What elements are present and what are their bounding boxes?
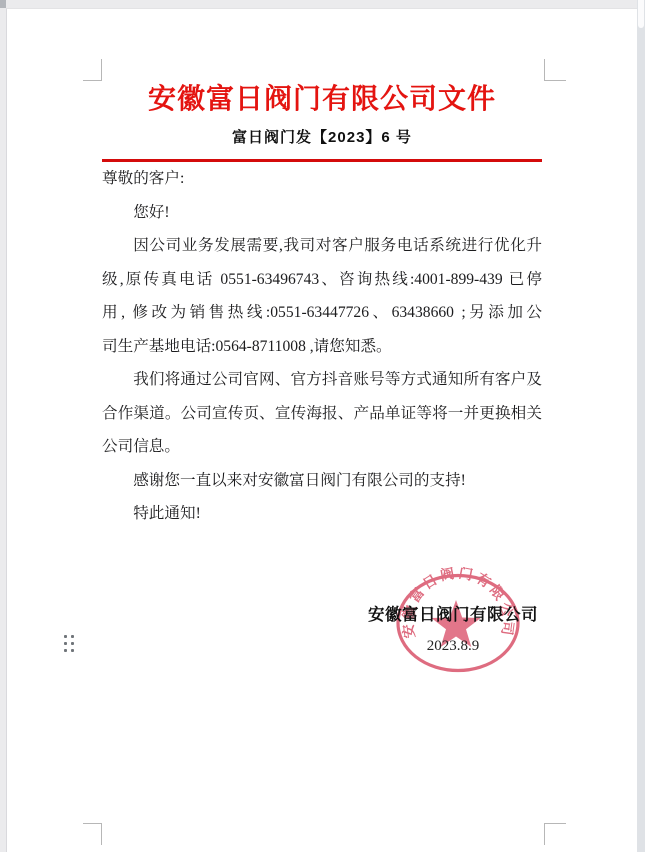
page-edge-notch xyxy=(0,0,6,8)
body-line: 用, 修改为销售热线:0551-63447726、63438660 ;另添加公 xyxy=(102,296,542,330)
document-content: 安徽富日阀门有限公司文件 富日阀门发【2023】6 号 尊敬的客户: 您好! 因… xyxy=(102,9,542,657)
text-boundary-mark-top-left xyxy=(83,59,102,81)
signature-company-name: 安徽富日阀门有限公司 xyxy=(368,603,538,627)
drag-handle-icon[interactable] xyxy=(64,635,74,652)
body-line: 您好! xyxy=(102,196,542,230)
document-body: 尊敬的客户: 您好! 因公司业务发展需要,我司对客户服务电话系统进行优化升 级,… xyxy=(102,162,542,531)
scrollbar-thumb[interactable] xyxy=(638,0,644,28)
app-background: 安徽富日阀门有限公司文件 富日阀门发【2023】6 号 尊敬的客户: 您好! 因… xyxy=(0,0,645,852)
body-line: 特此通知! xyxy=(102,497,542,531)
body-line: 合作渠道。公司宣传页、宣传海报、产品单证等将一并更换相关 xyxy=(102,397,542,431)
document-number: 富日阀门发【2023】6 号 xyxy=(102,128,542,148)
body-line: 公司信息。 xyxy=(102,430,542,464)
signature-block: 安徽富日阀门有限公司 2023.8.9 xyxy=(368,603,538,657)
text-boundary-mark-top-right xyxy=(544,59,566,81)
document-page: 安徽富日阀门有限公司文件 富日阀门发【2023】6 号 尊敬的客户: 您好! 因… xyxy=(6,8,637,852)
body-line: 级,原传真电话 0551-63496743、咨询热线:4001-899-439 … xyxy=(102,263,542,297)
body-line: 感谢您一直以来对安徽富日阀门有限公司的支持! xyxy=(102,464,542,498)
body-line: 尊敬的客户: xyxy=(102,162,542,196)
body-line: 司生产基地电话:0564-8711008 ,请您知悉。 xyxy=(102,330,542,364)
text-boundary-mark-bottom-right xyxy=(544,823,566,845)
document-title: 安徽富日阀门有限公司文件 xyxy=(102,82,542,116)
text-boundary-mark-bottom-left xyxy=(83,823,102,845)
signature-date: 2023.8.9 xyxy=(368,635,538,657)
body-line: 我们将通过公司官网、官方抖音账号等方式通知所有客户及 xyxy=(102,363,542,397)
scrollbar[interactable] xyxy=(637,0,645,852)
body-line: 因公司业务发展需要,我司对客户服务电话系统进行优化升 xyxy=(102,229,542,263)
